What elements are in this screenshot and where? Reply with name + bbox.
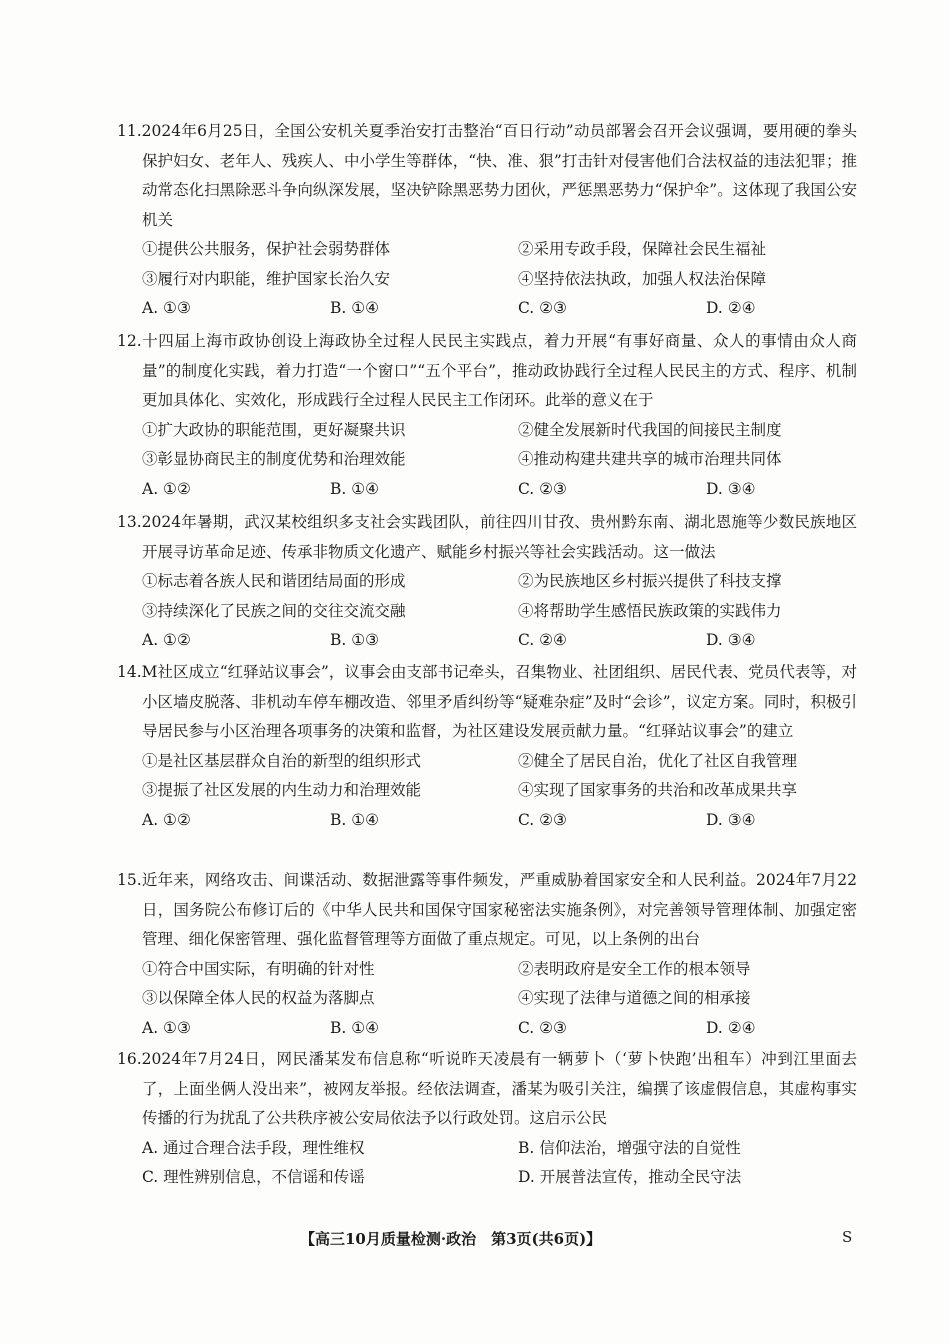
statement-3: ③提振了社区发展的内生动力和治理效能 xyxy=(142,776,518,806)
exam-page: 11.2024年6月25日，全国公安机关夏季治安打击整治“百日行动”动员部署会召… xyxy=(0,0,950,1344)
question-stem: 14.M社区成立“红驿站议事会”，议事会由支部书记牵头，召集物业、社团组织、居民… xyxy=(117,658,857,747)
option-list: A. 通过合理合法手段，理性维权 B. 信仰法治，增强守法的自觉性 C. 理性辨… xyxy=(117,1134,857,1193)
question-12: 12.十四届上海市政协创设上海政协全过程人民民主实践点，着力开展“有事好商量、众… xyxy=(117,327,857,504)
option-a: A. ①② xyxy=(142,626,330,656)
option-list: A. ①② B. ①④ C. ②③ D. ③④ xyxy=(117,475,857,505)
statement-4: ④将帮助学生感悟民族政策的实践伟力 xyxy=(518,597,878,627)
question-16: 16.2024年7月24日，网民潘某发布信息称“听说昨天凌晨有一辆萝卜（‘萝卜快… xyxy=(117,1045,857,1193)
question-number: 12. xyxy=(117,332,142,350)
statement-4: ④实现了国家事务的共治和改革成果共享 xyxy=(518,776,878,806)
option-c: C. ②③ xyxy=(518,806,706,836)
option-b: B. ①③ xyxy=(330,626,518,656)
option-list: A. ①③ B. ①④ C. ②③ D. ②④ xyxy=(117,294,857,324)
statement-1: ①提供公共服务，保护社会弱势群体 xyxy=(142,235,518,265)
option-c: C. ②③ xyxy=(518,1014,706,1044)
statement-list: ①标志着各族人民和谐团结局面的形成 ②为民族地区乡村振兴提供了科技支撑 ③持续深… xyxy=(117,567,857,626)
option-list: A. ①② B. ①④ C. ②③ D. ③④ xyxy=(117,806,857,836)
question-11: 11.2024年6月25日，全国公安机关夏季治安打击整治“百日行动”动员部署会召… xyxy=(117,117,857,324)
question-number: 16. xyxy=(117,1050,142,1068)
option-d: D. ③④ xyxy=(706,475,882,505)
option-d: D. ②④ xyxy=(706,1014,882,1044)
option-a: A. ①③ xyxy=(142,1014,330,1044)
option-a: A. ①② xyxy=(142,475,330,505)
statement-2: ②为民族地区乡村振兴提供了科技支撑 xyxy=(518,567,878,597)
statement-1: ①是社区基层群众自治的新型的组织形式 xyxy=(142,747,518,777)
option-d: D. 开展普法宣传，推动全民守法 xyxy=(518,1163,878,1193)
statement-1: ①扩大政协的职能范围，更好凝聚共识 xyxy=(142,416,518,446)
question-stem: 11.2024年6月25日，全国公安机关夏季治安打击整治“百日行动”动员部署会召… xyxy=(117,117,857,235)
question-14: 14.M社区成立“红驿站议事会”，议事会由支部书记牵头，召集物业、社团组织、居民… xyxy=(117,658,857,835)
option-c: C. ②④ xyxy=(518,626,706,656)
statement-list: ①符合中国实际，有明确的针对性 ②表明政府是安全工作的根本领导 ③以保障全体人民… xyxy=(117,955,857,1014)
question-15: 15.近年来，网络攻击、间谍活动、数据泄露等事件频发，严重威胁着国家安全和人民利… xyxy=(117,866,857,1043)
option-list: A. ①② B. ①③ C. ②④ D. ③④ xyxy=(117,626,857,656)
question-number: 14. xyxy=(117,663,142,681)
statement-list: ①扩大政协的职能范围，更好凝聚共识 ②健全发展新时代我国的间接民主制度 ③彰显协… xyxy=(117,416,857,475)
question-13: 13.2024年暑期，武汉某校组织多支社会实践团队，前往四川甘孜、贵州黔东南、湖… xyxy=(117,508,857,656)
option-a: A. ①③ xyxy=(142,294,330,324)
statement-1: ①标志着各族人民和谐团结局面的形成 xyxy=(142,567,518,597)
statement-4: ④坚持依法执政，加强人权法治保障 xyxy=(518,265,878,295)
option-c: C. 理性辨别信息，不信谣和传谣 xyxy=(142,1163,518,1193)
question-stem: 13.2024年暑期，武汉某校组织多支社会实践团队，前往四川甘孜、贵州黔东南、湖… xyxy=(117,508,857,567)
option-b: B. 信仰法治，增强守法的自觉性 xyxy=(518,1134,878,1164)
option-d: D. ③④ xyxy=(706,626,882,656)
statement-list: ①是社区基层群众自治的新型的组织形式 ②健全了居民自治，优化了社区自我管理 ③提… xyxy=(117,747,857,806)
option-b: B. ①④ xyxy=(330,294,518,324)
question-stem: 16.2024年7月24日，网民潘某发布信息称“听说昨天凌晨有一辆萝卜（‘萝卜快… xyxy=(117,1045,857,1134)
option-a: A. ①② xyxy=(142,806,330,836)
option-d: D. ②④ xyxy=(706,294,882,324)
page-footer: 【高三10月质量检测·政治 第3页(共6页)】 S xyxy=(300,1228,860,1249)
footer-mark: S xyxy=(842,1228,852,1246)
statement-2: ②健全了居民自治，优化了社区自我管理 xyxy=(518,747,878,777)
option-b: B. ①④ xyxy=(330,1014,518,1044)
statement-4: ④实现了法律与道德之间的相承接 xyxy=(518,984,878,1014)
option-list: A. ①③ B. ①④ C. ②③ D. ②④ xyxy=(117,1014,857,1044)
footer-text: 【高三10月质量检测·政治 第3页(共6页)】 xyxy=(300,1230,601,1248)
option-b: B. ①④ xyxy=(330,475,518,505)
option-a: A. 通过合理合法手段，理性维权 xyxy=(142,1134,518,1164)
statement-1: ①符合中国实际，有明确的针对性 xyxy=(142,955,518,985)
option-c: C. ②③ xyxy=(518,294,706,324)
statement-4: ④推动构建共建共享的城市治理共同体 xyxy=(518,445,878,475)
question-number: 13. xyxy=(117,513,142,531)
statement-3: ③持续深化了民族之间的交往交流交融 xyxy=(142,597,518,627)
option-c: C. ②③ xyxy=(518,475,706,505)
statement-3: ③彰显协商民主的制度优势和治理效能 xyxy=(142,445,518,475)
option-d: D. ③④ xyxy=(706,806,882,836)
option-b: B. ①④ xyxy=(330,806,518,836)
question-number: 11. xyxy=(117,122,142,140)
question-stem: 15.近年来，网络攻击、间谍活动、数据泄露等事件频发，严重威胁着国家安全和人民利… xyxy=(117,866,857,955)
statement-2: ②表明政府是安全工作的根本领导 xyxy=(518,955,878,985)
statement-2: ②采用专政手段，保障社会民生福祉 xyxy=(518,235,878,265)
statement-list: ①提供公共服务，保护社会弱势群体 ②采用专政手段，保障社会民生福祉 ③履行对内职… xyxy=(117,235,857,294)
statement-2: ②健全发展新时代我国的间接民主制度 xyxy=(518,416,878,446)
statement-3: ③履行对内职能，维护国家长治久安 xyxy=(142,265,518,295)
statement-3: ③以保障全体人民的权益为落脚点 xyxy=(142,984,518,1014)
question-stem: 12.十四届上海市政协创设上海政协全过程人民民主实践点，着力开展“有事好商量、众… xyxy=(117,327,857,416)
question-number: 15. xyxy=(117,871,142,889)
